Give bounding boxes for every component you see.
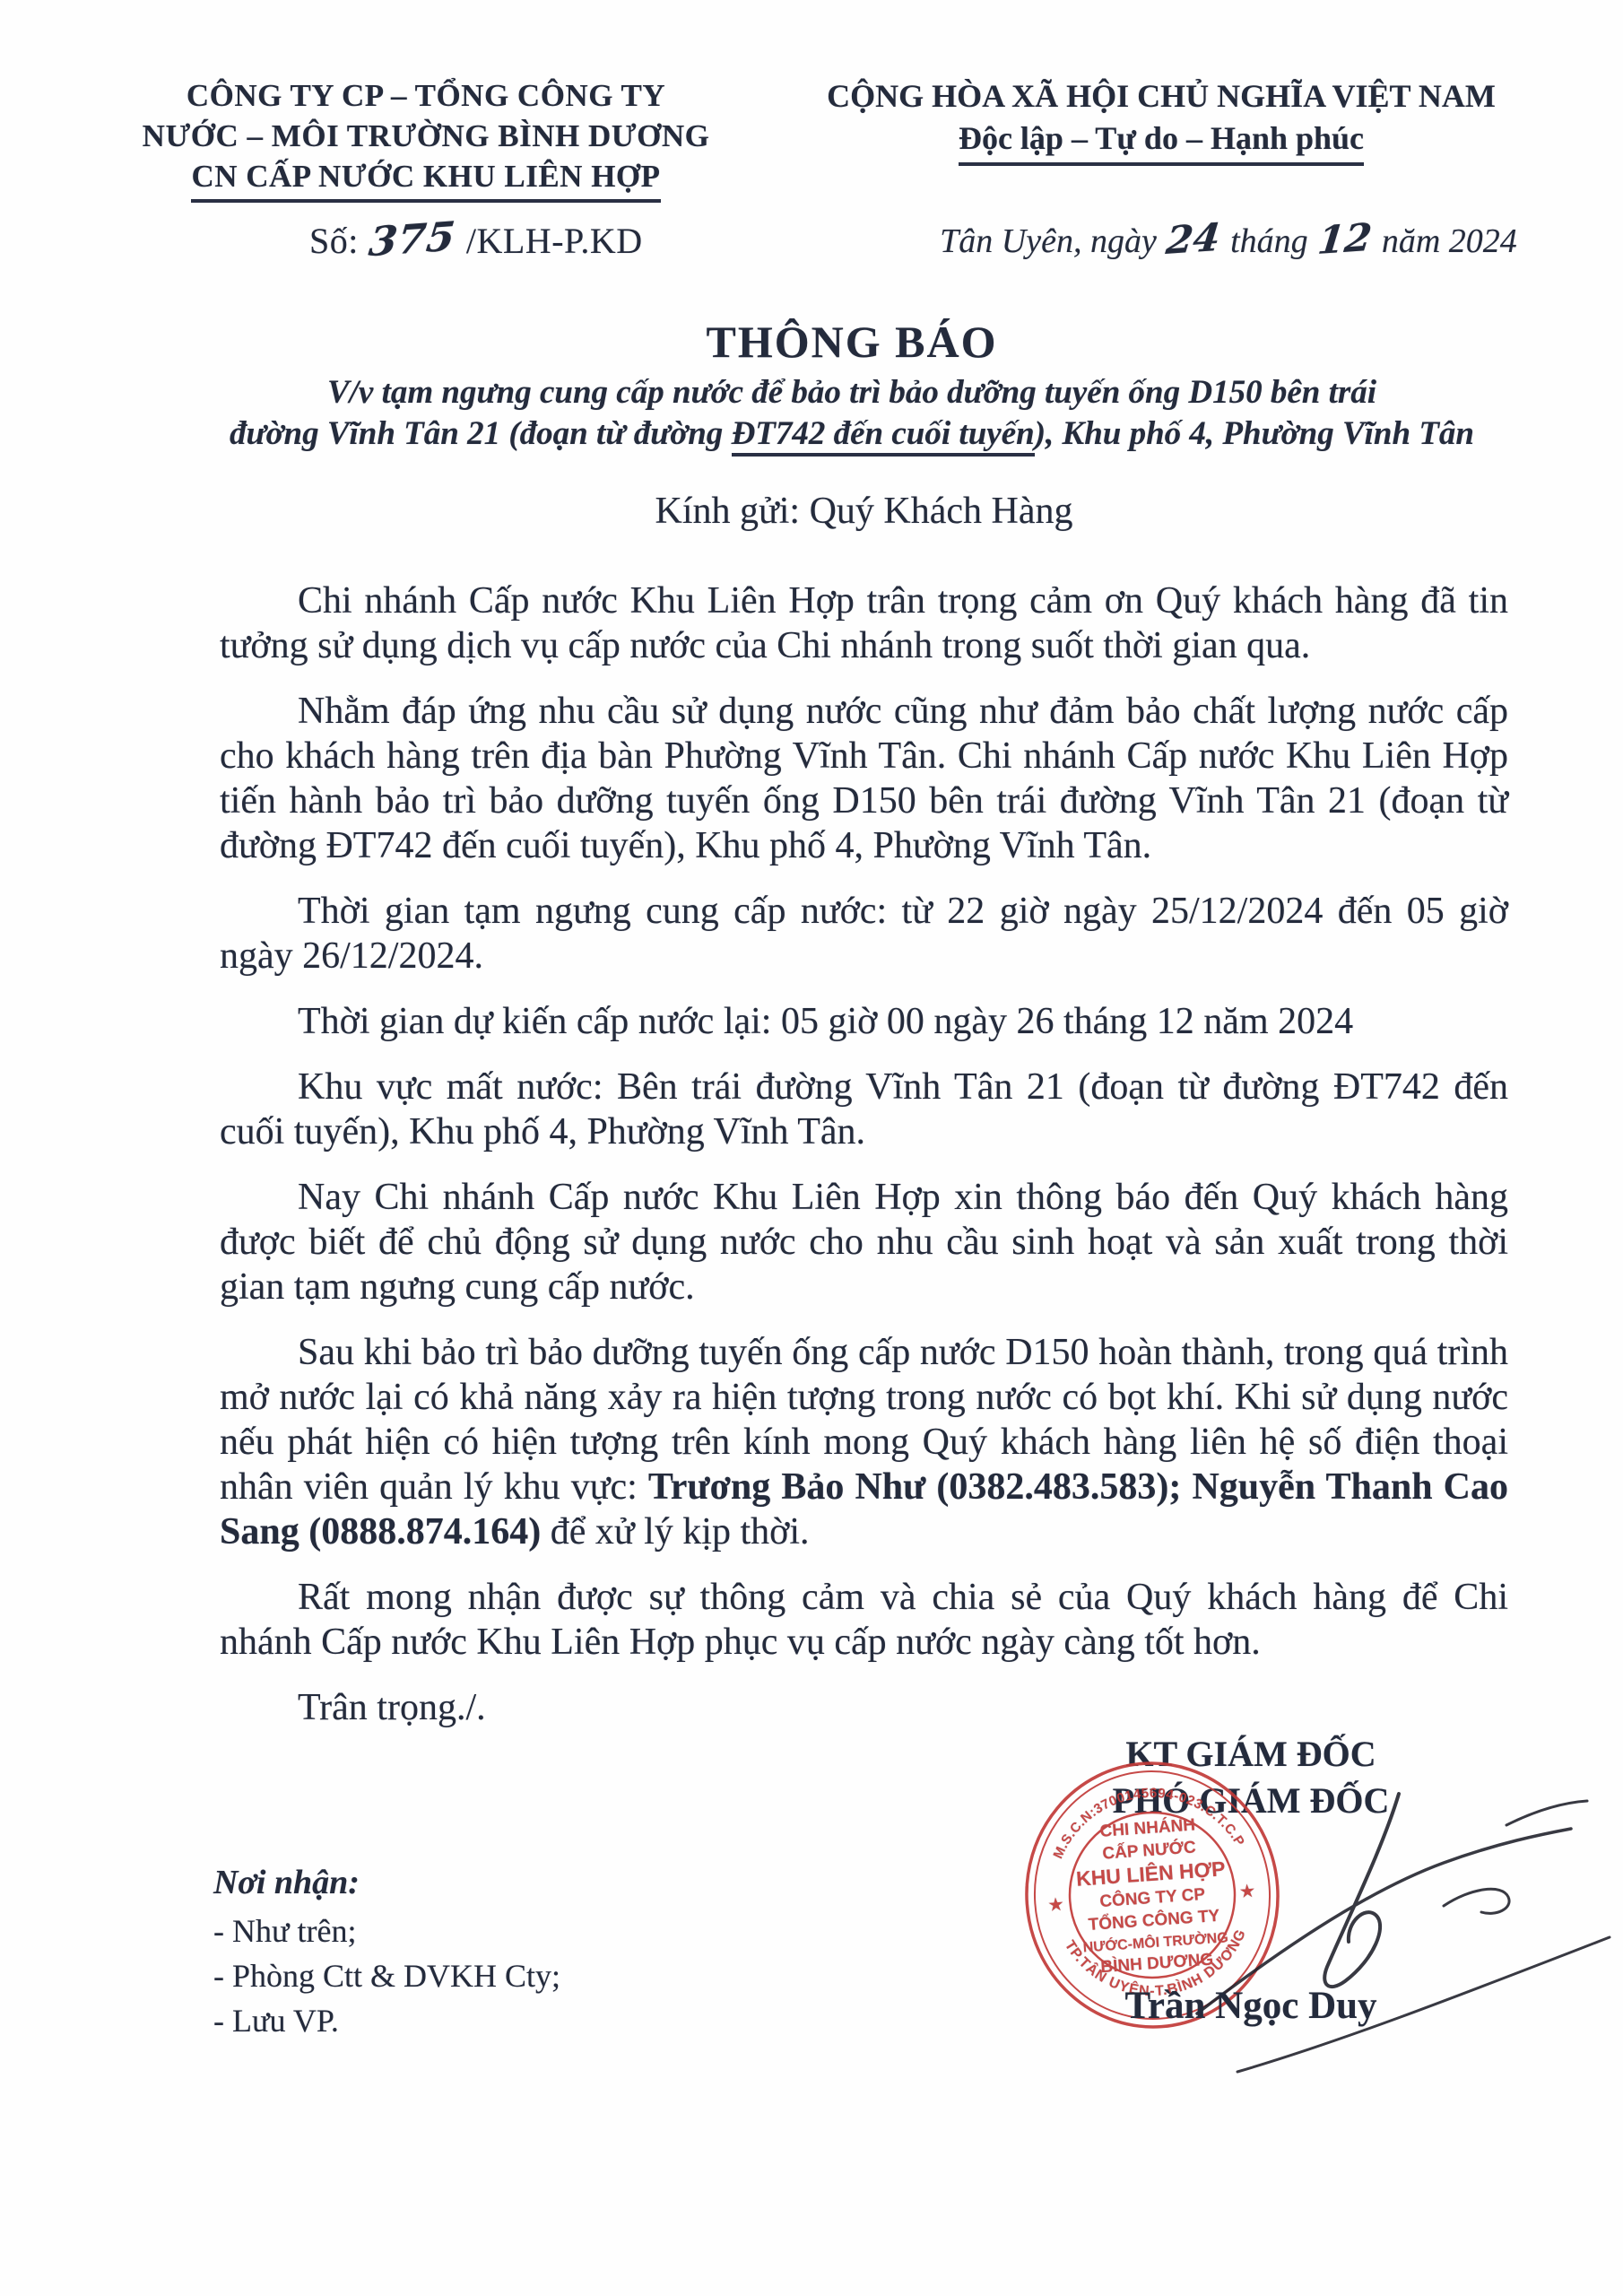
- date-suffix: năm 2024: [1382, 222, 1517, 260]
- body-paragraph-5: Khu vực mất nước: Bên trái đường Vĩnh Tâ…: [220, 1065, 1508, 1154]
- signature-stroke-dash: [1506, 1801, 1587, 1825]
- signature-stroke-curl: [1444, 1889, 1509, 1913]
- body-paragraph-4: Thời gian dự kiến cấp nước lại: 05 giờ 0…: [220, 999, 1508, 1044]
- stamp-star-left-icon: ★: [1048, 1895, 1064, 1914]
- date-line: Tân Uyên, ngày 24 tháng 12 năm 2024: [933, 221, 1524, 261]
- document-subject: V/v tạm ngưng cung cấp nước để bảo trì b…: [211, 372, 1493, 455]
- body-paragraph-2: Nhằm đáp ứng nhu cầu sử dụng nước cũng n…: [220, 689, 1508, 868]
- recipients-block: Nơi nhận: - Như trên; - Phòng Ctt & DVKH…: [213, 1860, 560, 2043]
- body-paragraph-6: Nay Chi nhánh Cấp nước Khu Liên Hợp xin …: [220, 1175, 1508, 1309]
- national-header-block: CỘNG HÒA XÃ HỘI CHỦ NGHĨA VIỆT NAM Độc l…: [807, 75, 1515, 166]
- date-prefix: Tân Uyên, ngày: [940, 222, 1157, 260]
- document-number-label: Số:: [309, 221, 359, 261]
- salutation: Kính gửi: Quý Khách Hàng: [220, 491, 1508, 532]
- subject-line-2: đường Vĩnh Tân 21 (đoạn từ đường ĐT742 đ…: [211, 413, 1493, 455]
- closing-line: Trân trọng./.: [220, 1685, 1508, 1730]
- date-month-handwritten: 12: [1316, 219, 1374, 261]
- signature-stroke-loop: [1324, 1794, 1399, 1987]
- document-title: THÔNG BÁO: [211, 319, 1493, 364]
- issuer-block: CÔNG TY CP – TỔNG CÔNG TY NƯỚC – MÔI TRƯ…: [117, 75, 735, 203]
- republic-title: CỘNG HÒA XÃ HỘI CHỦ NGHĨA VIỆT NAM: [807, 75, 1515, 117]
- date-mid: tháng: [1230, 222, 1308, 260]
- document-number: Số: 375 /KLH-P.KD: [309, 220, 643, 262]
- signer-name: Trần Ngọc Duy: [1031, 1984, 1471, 2028]
- document-number-handwritten: 375: [368, 217, 458, 263]
- body-paragraph-8: Rất mong nhận được sự thông cảm và chia …: [220, 1575, 1508, 1665]
- recipient-item: - Lưu VP.: [213, 1998, 560, 2043]
- recipient-item: - Như trên;: [213, 1909, 560, 1953]
- body-paragraph-1: Chi nhánh Cấp nước Khu Liên Hợp trân trọ…: [220, 578, 1508, 668]
- body-paragraph-7: Sau khi bảo trì bảo dưỡng tuyến ống cấp …: [220, 1330, 1508, 1554]
- recipients-label: Nơi nhận:: [213, 1860, 560, 1905]
- document-number-suffix: /KLH-P.KD: [466, 221, 643, 261]
- date-day-handwritten: 24: [1165, 219, 1222, 261]
- document-page: CÔNG TY CP – TỔNG CÔNG TY NƯỚC – MÔI TRƯ…: [0, 0, 1623, 2296]
- issuer-name-line-1: CÔNG TY CP – TỔNG CÔNG TY: [117, 75, 735, 116]
- recipient-item: - Phòng Ctt & DVKH Cty;: [213, 1953, 560, 1998]
- signature-icon: [1148, 1771, 1614, 2076]
- document-body: Chi nhánh Cấp nước Khu Liên Hợp trân trọ…: [220, 578, 1508, 1730]
- subject-underlined-span: ĐT742 đến cuối tuyến: [732, 415, 1035, 457]
- issuer-name-line-2: NƯỚC – MÔI TRƯỜNG BÌNH DƯƠNG: [117, 116, 735, 156]
- issuer-branch-name: CN CẤP NƯỚC KHU LIÊN HỢP: [117, 156, 735, 203]
- subject-line-1: V/v tạm ngưng cung cấp nước để bảo trì b…: [211, 372, 1493, 413]
- body-paragraph-3: Thời gian tạm ngưng cung cấp nước: từ 22…: [220, 889, 1508, 978]
- national-motto: Độc lập – Tự do – Hạnh phúc: [807, 117, 1515, 166]
